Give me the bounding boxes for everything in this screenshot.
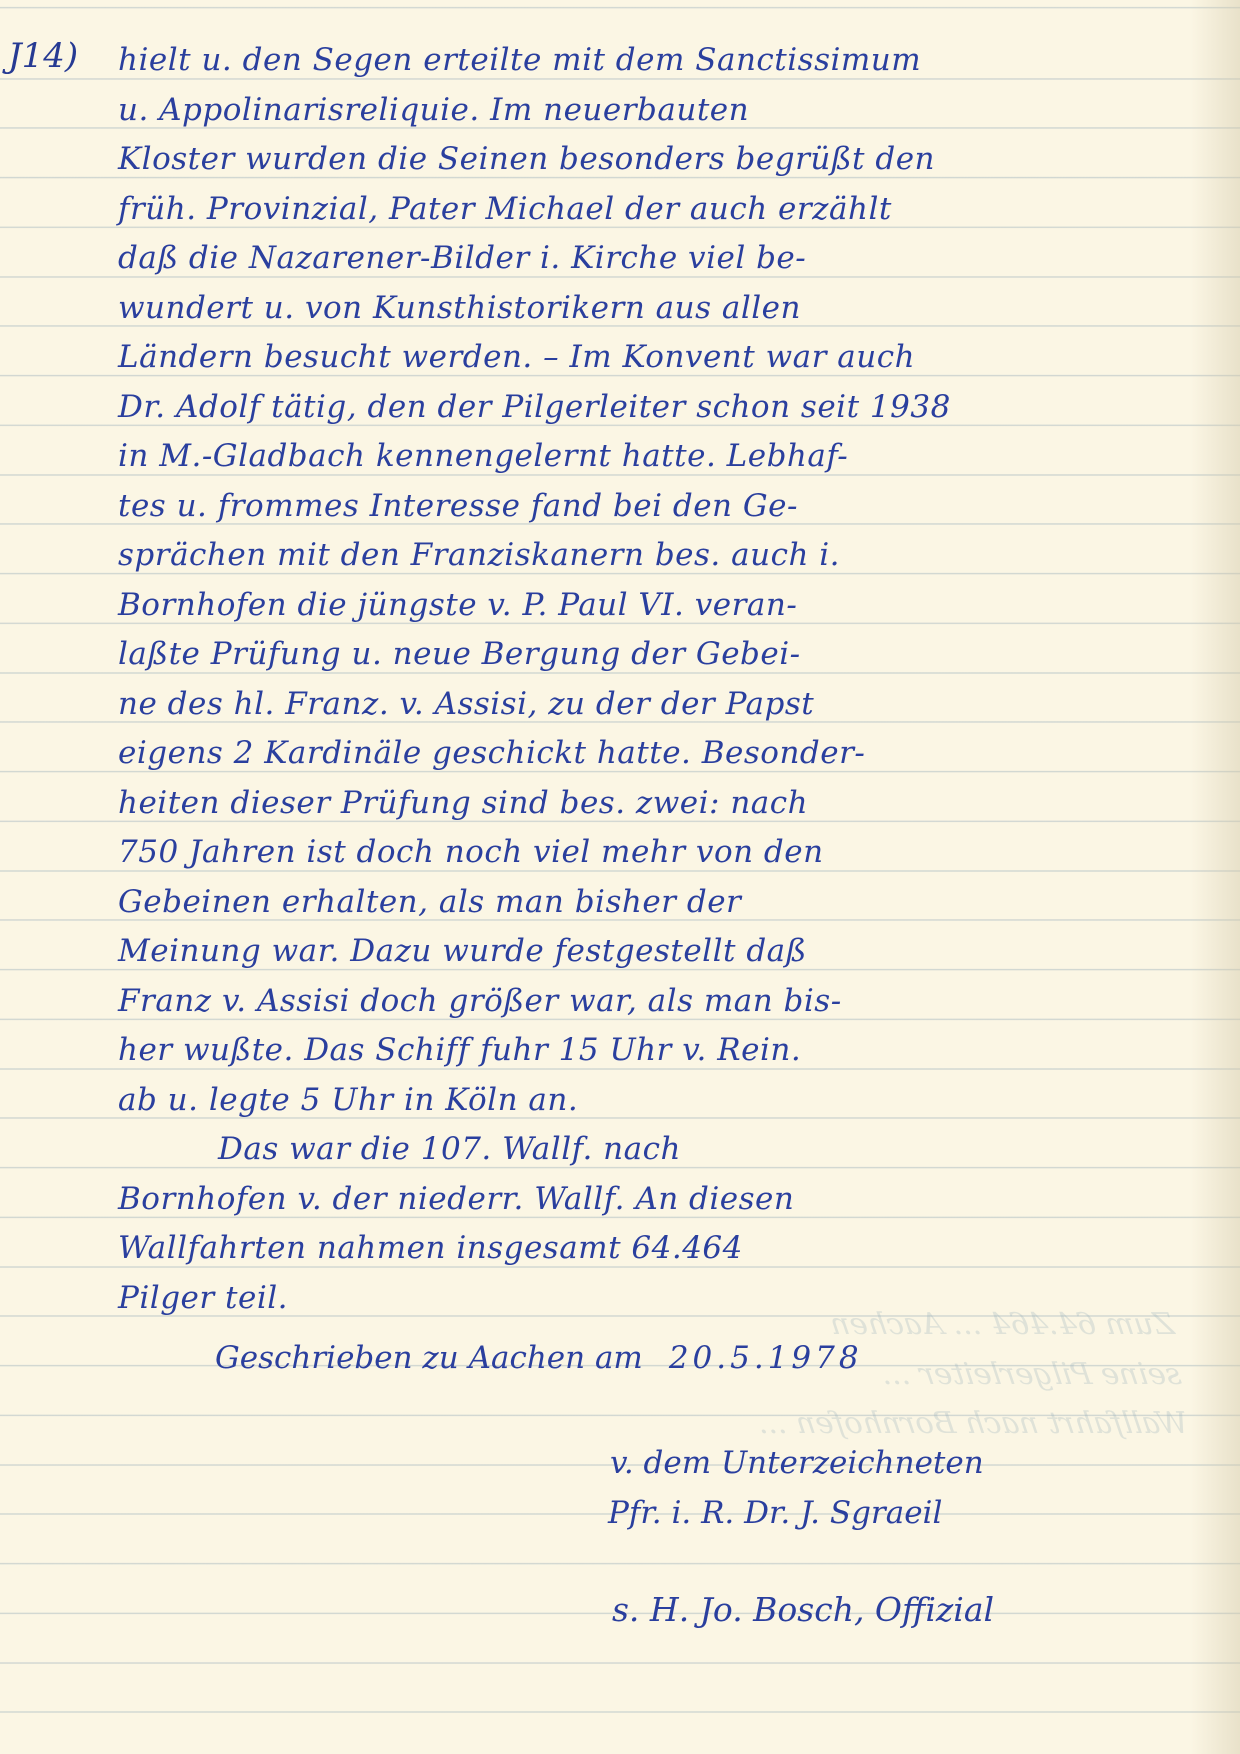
text-line: daß die Nazarener-Bilder i. Kirche viel … <box>118 234 1208 284</box>
signature-line-3: s. H. Jo. Bosch, Offizial <box>612 1590 994 1629</box>
text-line: 750 Jahren ist doch noch viel mehr von d… <box>118 828 1208 878</box>
signature-line-1: v. dem Unterzeichneten <box>610 1445 984 1481</box>
handwritten-body: hielt u. den Segen erteilte mit dem Sanc… <box>118 36 1208 1323</box>
text-line: Wallfahrten nahmen insgesamt 64.464 <box>118 1224 1208 1274</box>
text-line: u. Appolinarisreliquie. Im neuerbauten <box>118 86 1208 136</box>
text-line: Meinung war. Dazu wurde festgestellt daß <box>118 927 1208 977</box>
signature-line-2: Pfr. i. R. Dr. J. Sgraeil <box>608 1495 942 1531</box>
text-line: Dr. Adolf tätig, den der Pilgerleiter sc… <box>118 383 1208 433</box>
text-line: ab u. legte 5 Uhr in Köln an. <box>118 1076 1208 1126</box>
text-line: Gebeinen erhalten, als man bisher der <box>118 878 1208 928</box>
text-line: tes u. frommes Interesse fand bei den Ge… <box>118 482 1208 532</box>
text-line: ne des hl. Franz. v. Assisi, zu der der … <box>118 680 1208 730</box>
text-line: Kloster wurden die Seinen besonders begr… <box>118 135 1208 185</box>
notebook-page: Zum 64.464 ... Aachen seine Pilgerleiter… <box>0 0 1240 1754</box>
place-date-line: Geschrieben zu Aachen am20.5.1978 <box>215 1340 863 1376</box>
text-line: früh. Provinzial, Pater Michael der auch… <box>118 185 1208 235</box>
text-line: Bornhofen die jüngste v. P. Paul VI. ver… <box>118 581 1208 631</box>
document-date: 20.5.1978 <box>669 1340 863 1376</box>
text-line: wundert u. von Kunsthistorikern aus alle… <box>118 284 1208 334</box>
text-line: heiten dieser Prüfung sind bes. zwei: na… <box>118 779 1208 829</box>
text-line: her wußte. Das Schiff fuhr 15 Uhr v. Rei… <box>118 1026 1208 1076</box>
text-line: in M.-Gladbach kennengelernt hatte. Lebh… <box>118 432 1208 482</box>
written-at-label: Geschrieben zu Aachen am <box>215 1340 643 1376</box>
text-line: Pilger teil. <box>118 1274 1208 1324</box>
text-line: eigens 2 Kardinäle geschickt hatte. Beso… <box>118 729 1208 779</box>
text-line: Franz v. Assisi doch größer war, als man… <box>118 977 1208 1027</box>
text-line: Ländern besucht werden. – Im Konvent war… <box>118 333 1208 383</box>
text-line: hielt u. den Segen erteilte mit dem Sanc… <box>118 36 1208 86</box>
text-line: sprächen mit den Franziskanern bes. auch… <box>118 531 1208 581</box>
text-line: laßte Prüfung u. neue Bergung der Gebei- <box>118 630 1208 680</box>
page-number: J14) <box>8 36 78 76</box>
text-line: Das war die 107. Wallf. nach <box>118 1125 1208 1175</box>
text-line: Bornhofen v. der niederr. Wallf. An dies… <box>118 1175 1208 1225</box>
